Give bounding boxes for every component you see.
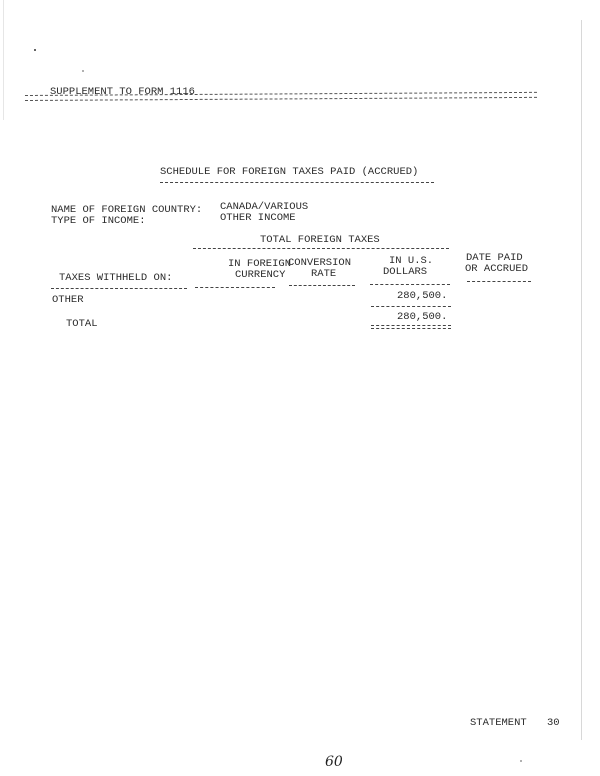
column-header-usd-line2: DOLLARS <box>383 266 427 278</box>
column-rule-date <box>467 281 531 282</box>
group-header-total-foreign-taxes: TOTAL FOREIGN TAXES <box>260 234 380 246</box>
scan-edge-left <box>3 0 4 120</box>
column-rule-foreign-currency <box>195 287 275 288</box>
total-usd-value: 280,500. <box>397 311 447 323</box>
column-header-conversion-rate-line2: RATE <box>311 268 336 280</box>
group-header-rule <box>193 248 449 249</box>
statement-number: 30 <box>547 717 560 729</box>
column-rule-conversion-rate <box>289 285 355 286</box>
row-label-other: OTHER <box>52 294 84 306</box>
scan-speck <box>34 49 36 51</box>
income-type-value: OTHER INCOME <box>220 212 296 224</box>
scan-speck <box>82 70 84 72</box>
row-usd-value: 280,500. <box>397 290 447 302</box>
column-header-date-line2: OR ACCRUED <box>465 263 528 275</box>
column-rule-usd <box>370 284 450 285</box>
column-header-taxes-withheld-on: TAXES WITHHELD ON: <box>59 272 172 284</box>
scan-speck <box>520 760 522 762</box>
column-header-foreign-currency-line2: CURRENCY <box>235 269 285 281</box>
statement-label: STATEMENT <box>470 717 527 729</box>
schedule-title: SCHEDULE FOR FOREIGN TAXES PAID (ACCRUED… <box>160 166 418 178</box>
total-label: TOTAL <box>66 318 98 330</box>
schedule-title-underline <box>160 182 434 183</box>
income-type-label: TYPE OF INCOME: <box>51 215 146 227</box>
total-double-rule <box>371 325 451 329</box>
handwritten-page-number: 60 <box>325 756 343 768</box>
column-rule-taxes-withheld <box>51 288 187 289</box>
subtotal-rule <box>371 306 451 307</box>
scan-edge-right <box>581 20 582 740</box>
